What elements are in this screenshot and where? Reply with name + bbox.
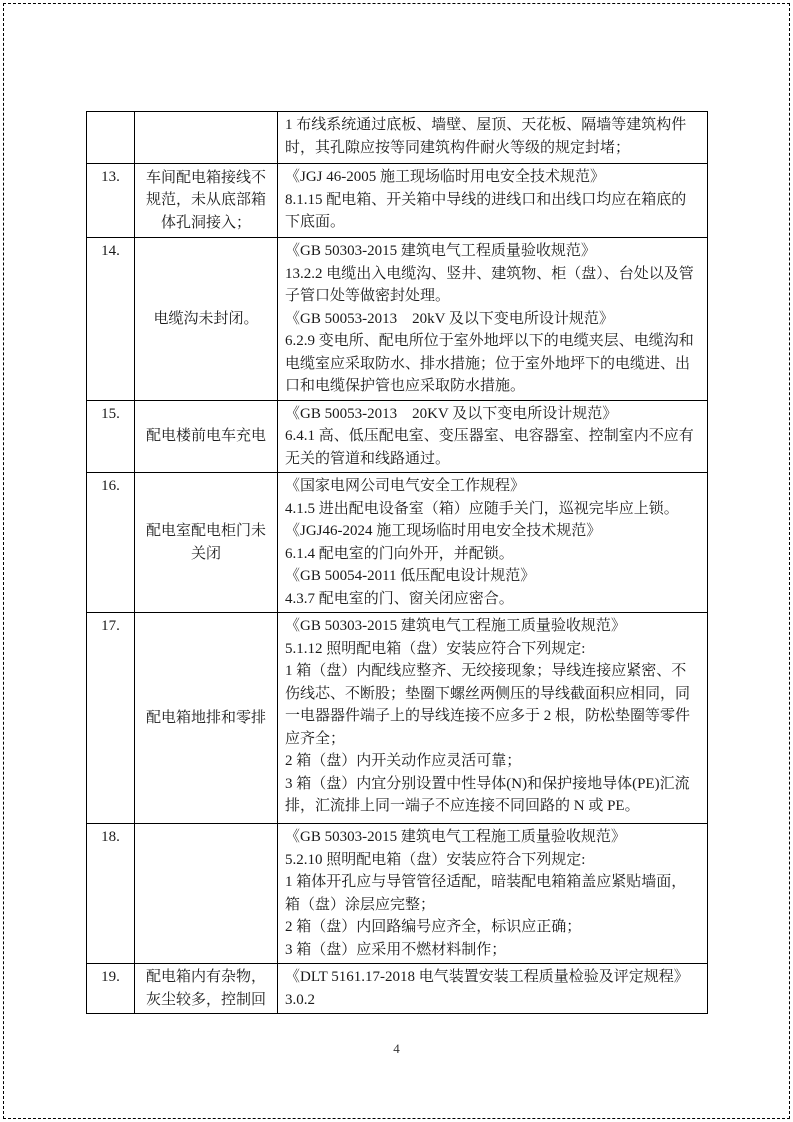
row-number-cell: 13. — [87, 164, 135, 238]
regulation-paragraph: 2 箱（盘）内回路编号应齐全，标识应正确； — [285, 916, 699, 939]
regulation-paragraph: 5.2.10 照明配电箱（盘）安装应符合下列规定: — [285, 849, 699, 872]
regulation-cell: 《GB 50303-2015 建筑电气工程施工质量验收规范》5.2.10 照明配… — [278, 824, 708, 964]
regulation-cell: 《国家电网公司电气安全工作规程》4.1.5 进出配电设备室（箱）应随手关门，巡视… — [278, 473, 708, 613]
table-row: 19.配电箱内有杂物，灰尘较多，控制回《DLT 5161.17-2018 电气装… — [87, 964, 708, 1014]
table-row: 15.配电楼前电车充电《GB 50053-2013 20KV 及以下变电所设计规… — [87, 400, 708, 473]
row-number-cell: 16. — [87, 473, 135, 613]
problem-description-cell: 车间配电箱接线不规范，未从底部箱体孔洞接入； — [135, 164, 278, 238]
regulation-paragraph: 《GB 50303-2015 建筑电气工程施工质量验收规范》 — [285, 826, 699, 849]
row-number-cell: 14. — [87, 238, 135, 401]
regulation-cell: 《GB 50303-2015 建筑电气工程施工质量验收规范》5.1.12 照明配… — [278, 613, 708, 824]
problem-description-cell: 配电箱地排和零排 — [135, 613, 278, 824]
regulation-paragraph: 1 布线系统通过底板、墙壁、屋顶、天花板、隔墙等建筑构件时，其孔隙应按等同建筑构… — [285, 114, 699, 159]
regulation-paragraph: 《GB 50053-2013 20kV 及以下变电所设计规范》 — [285, 308, 699, 331]
issues-regulations-table: 1 布线系统通过底板、墙壁、屋顶、天花板、隔墙等建筑构件时，其孔隙应按等同建筑构… — [86, 111, 708, 1014]
problem-description-cell: 配电箱内有杂物，灰尘较多，控制回 — [135, 964, 278, 1014]
row-number-cell: 17. — [87, 613, 135, 824]
regulation-paragraph: 《GB 50054-2011 低压配电设计规范》 — [285, 565, 699, 588]
row-number-cell — [87, 112, 135, 164]
page-number: 4 — [0, 1041, 793, 1057]
regulation-paragraph: 《GB 50053-2013 20KV 及以下变电所设计规范》 — [285, 403, 699, 426]
regulation-paragraph: 《JGJ46-2024 施工现场临时用电安全技术规范》 — [285, 520, 699, 543]
row-number-cell: 18. — [87, 824, 135, 964]
regulation-paragraph: 4.1.5 进出配电设备室（箱）应随手关门，巡视完毕应上锁。 — [285, 498, 699, 521]
regulation-paragraph: 4.3.7 配电室的门、窗关闭应密合。 — [285, 588, 699, 611]
problem-description-cell — [135, 824, 278, 964]
table-row: 18.《GB 50303-2015 建筑电气工程施工质量验收规范》5.2.10 … — [87, 824, 708, 964]
regulation-paragraph: 《GB 50303-2015 建筑电气工程质量验收规范》 — [285, 240, 699, 263]
table-row: 13.车间配电箱接线不规范，未从底部箱体孔洞接入；《JGJ 46-2005 施工… — [87, 164, 708, 238]
problem-description-cell: 配电室配电柜门未关闭 — [135, 473, 278, 613]
regulation-paragraph: 1 箱（盘）内配线应整齐、无绞接现象；导线连接应紧密、不伤线芯、不断股；垫圈下螺… — [285, 660, 699, 750]
regulation-paragraph: 6.4.1 高、低压配电室、变压器室、电容器室、控制室内不应有无关的管道和线路通… — [285, 425, 699, 470]
document-page: { "page": { "number": "4", "text_color":… — [0, 0, 793, 1122]
table-row: 14.电缆沟未封闭。《GB 50303-2015 建筑电气工程质量验收规范》13… — [87, 238, 708, 401]
regulation-paragraph: 8.1.15 配电箱、开关箱中导线的进线口和出线口均应在箱底的下底面。 — [285, 189, 699, 234]
regulation-paragraph: 《JGJ 46-2005 施工现场临时用电安全技术规范》 — [285, 166, 699, 189]
regulation-cell: 《DLT 5161.17-2018 电气装置安装工程质量检验及评定规程》3.0.… — [278, 964, 708, 1014]
regulation-paragraph: 《国家电网公司电气安全工作规程》 — [285, 475, 699, 498]
regulation-paragraph: 5.1.12 照明配电箱（盘）安装应符合下列规定: — [285, 638, 699, 661]
table-row: 1 布线系统通过底板、墙壁、屋顶、天花板、隔墙等建筑构件时，其孔隙应按等同建筑构… — [87, 112, 708, 164]
regulation-paragraph: 《DLT 5161.17-2018 电气装置安装工程质量检验及评定规程》 — [285, 966, 699, 989]
regulation-paragraph: 3 箱（盘）内宜分别设置中性导体(N)和保护接地导体(PE)汇流排，汇流排上同一… — [285, 773, 699, 818]
regulation-paragraph: 《GB 50303-2015 建筑电气工程施工质量验收规范》 — [285, 615, 699, 638]
regulation-paragraph: 13.2.2 电缆出入电缆沟、竖井、建筑物、柜（盘）、台处以及管子管口处等做密封… — [285, 263, 699, 308]
regulation-paragraph: 3 箱（盘）应采用不燃材料制作； — [285, 939, 699, 962]
row-number-cell: 15. — [87, 400, 135, 473]
regulation-cell: 1 布线系统通过底板、墙壁、屋顶、天花板、隔墙等建筑构件时，其孔隙应按等同建筑构… — [278, 112, 708, 164]
regulation-paragraph: 1 箱体开孔应与导管管径适配，暗装配电箱箱盖应紧贴墙面，箱（盘）涂层应完整； — [285, 871, 699, 916]
problem-description-cell: 电缆沟未封闭。 — [135, 238, 278, 401]
problem-description-cell — [135, 112, 278, 164]
regulation-paragraph: 2 箱（盘）内开关动作应灵活可靠； — [285, 750, 699, 773]
regulation-cell: 《GB 50303-2015 建筑电气工程质量验收规范》13.2.2 电缆出入电… — [278, 238, 708, 401]
regulation-paragraph: 6.1.4 配电室的门向外开，并配锁。 — [285, 543, 699, 566]
table-row: 16.配电室配电柜门未关闭《国家电网公司电气安全工作规程》4.1.5 进出配电设… — [87, 473, 708, 613]
regulation-cell: 《JGJ 46-2005 施工现场临时用电安全技术规范》8.1.15 配电箱、开… — [278, 164, 708, 238]
row-number-cell: 19. — [87, 964, 135, 1014]
regulation-cell: 《GB 50053-2013 20KV 及以下变电所设计规范》6.4.1 高、低… — [278, 400, 708, 473]
regulation-paragraph: 3.0.2 — [285, 989, 699, 1012]
problem-description-cell: 配电楼前电车充电 — [135, 400, 278, 473]
table-row: 17.配电箱地排和零排《GB 50303-2015 建筑电气工程施工质量验收规范… — [87, 613, 708, 824]
regulation-paragraph: 6.2.9 变电所、配电所位于室外地坪以下的电缆夹层、电缆沟和电缆室应采取防水、… — [285, 330, 699, 398]
